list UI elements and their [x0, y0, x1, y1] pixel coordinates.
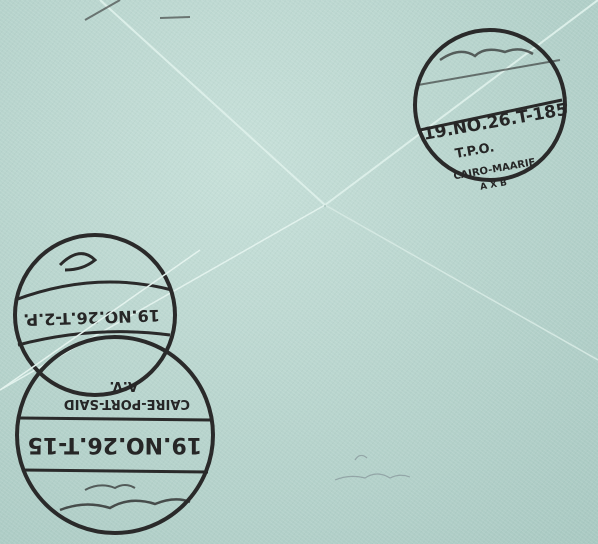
- port-said-location: CAIRE-PORT-SAID: [64, 396, 190, 411]
- upper-left-postmark: 19.NO.26.T-2.P.: [0, 235, 200, 395]
- envelope-drawing: 19.NO.26.T-185 T.P.O. CAIRO-MAARIF A X B…: [0, 0, 598, 544]
- cairo-port-said-postmark: 19.NO.26.T-15 CAIRE-PORT-SAID A.V.: [17, 337, 213, 533]
- port-said-date: 19.NO.26.T-15: [28, 432, 202, 457]
- top-marks: [85, 0, 190, 20]
- envelope-back: 19.NO.26.T-185 T.P.O. CAIRO-MAARIF A X B…: [0, 0, 598, 544]
- cairo-maarif-date: 19.NO.26.T-185: [422, 100, 570, 145]
- cairo-maarif-line2: T.P.O.: [454, 140, 496, 162]
- cairo-maarif-postmark: 19.NO.26.T-185 T.P.O. CAIRO-MAARIF A X B: [415, 30, 569, 193]
- port-said-line2: A.V.: [109, 378, 138, 393]
- faint-marks: [335, 455, 410, 480]
